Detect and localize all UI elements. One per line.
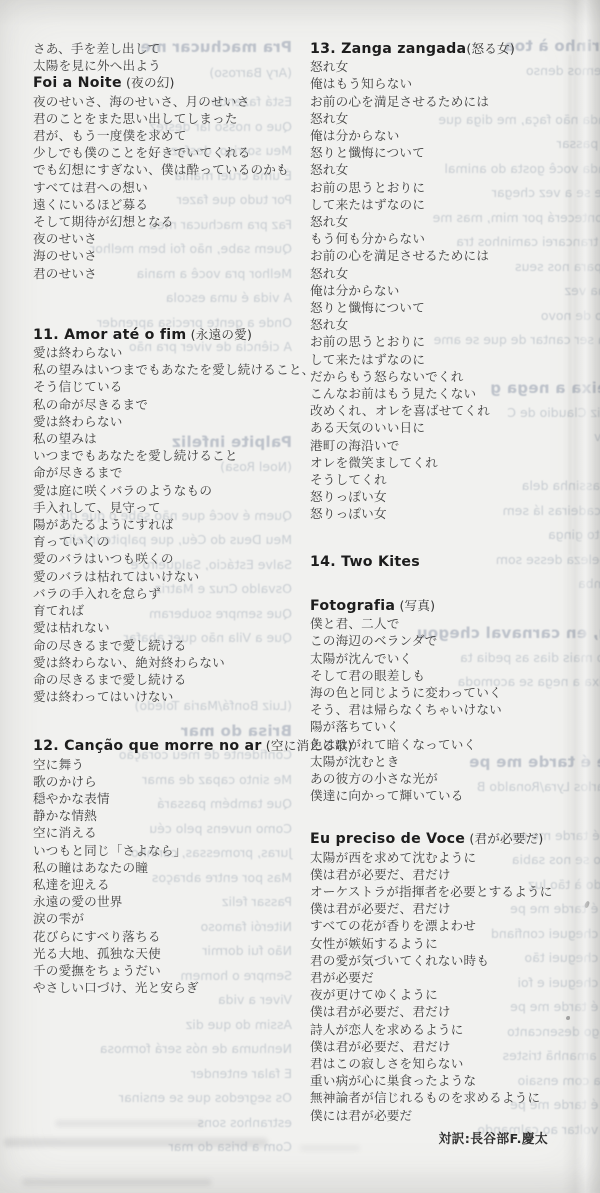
lyric-line: 私の瞳はあなたの瞳	[33, 859, 303, 876]
lyric-line: 私達を迎える	[33, 876, 303, 893]
lyric-line: すべての花が香りを漂よわせ	[310, 917, 595, 934]
lyric-line: 陽があたるようにすれば	[33, 516, 303, 533]
page-fold-line	[569, 55, 571, 555]
lyric-line: そう信じている	[33, 378, 303, 395]
lyric-line: 僕と君、二人で	[310, 615, 595, 632]
lyric-line: 静かな情熱	[33, 807, 303, 824]
lyric-line: 夜のせいさ	[33, 230, 303, 247]
lyrics-section: 12. Canção que morre no ar (空に消える歌)空に舞う歌…	[33, 737, 303, 996]
lyric-line: 俺は分からない	[310, 282, 595, 299]
lyric-line: 少しでも僕のことを好きでいてくれる	[33, 144, 303, 161]
song-title-line: 12. Canção que morre no ar (空に消える歌)	[33, 737, 303, 755]
lyric-line: 愛は枯れない	[33, 619, 303, 636]
song-title-latin: Foi a Noite	[33, 75, 122, 91]
lyric-line: 愛は終わらない、絶対終わらない	[33, 654, 303, 671]
lyric-line: 永遠の愛の世界	[33, 893, 303, 910]
booklet-page: Pra machucar me(Ary Barroso)Está fazendo…	[0, 0, 600, 1193]
lyric-line: だからもう怒らないでくれ	[310, 368, 595, 385]
lyric-line: 怒りと懺悔について	[310, 299, 595, 316]
lyric-line: 命の尽きるまで愛し続ける	[33, 637, 303, 654]
lyric-line: 愛は終わらない	[33, 344, 303, 361]
lyric-line: やさしい口づけ、光と安らぎ	[33, 979, 303, 996]
lyric-line: 太陽を見に外へ出よう	[33, 57, 303, 74]
lyric-line: 私の望みはいつまでもあなたを愛し続けること、	[33, 361, 303, 378]
lyric-line: もう何も分からない	[310, 230, 595, 247]
lyric-line: 怒りっぽい女	[310, 488, 595, 505]
lyric-line: 怒りと懺悔について	[310, 144, 595, 161]
lyric-line: 僕は君が必要だ、君だけ	[310, 900, 595, 917]
lyric-line: 怒れ女	[310, 110, 595, 127]
lyric-line: オーケストラが指揮者を必要とするように	[310, 883, 595, 900]
lyric-line: この海辺のベランダで	[310, 632, 595, 649]
lyric-line: 夜が更けてゆくように	[310, 986, 595, 1003]
lyric-line: して来たはずなのに	[310, 196, 595, 213]
lyric-line: 命の尽きるまで愛し続ける	[33, 671, 303, 688]
scan-smudge	[55, 1120, 205, 1127]
song-title-latin: 12. Canção que morre no ar	[33, 738, 262, 754]
lyrics-column-right: 13. Zanga zangada(怒る女)怒れ女俺はもう知らないお前の心を満足…	[310, 40, 595, 1124]
lyric-line: 愛は終わらない	[33, 413, 303, 430]
lyric-line: 太陽が沈むとき	[310, 753, 595, 770]
lyrics-section: 13. Zanga zangada(怒る女)怒れ女俺はもう知らないお前の心を満足…	[310, 40, 595, 523]
lyric-line: 夜のせいさ、海のせいさ、月のせいさ	[33, 93, 303, 110]
song-title-line: Fotografia (写真)	[310, 597, 595, 615]
lyric-line: バラの手入れを怠らず	[33, 585, 303, 602]
lyric-line: 俺は分からない	[310, 127, 595, 144]
lyric-line: 怒れ女	[310, 316, 595, 333]
lyric-line: ある天気のいい日に	[310, 419, 595, 436]
lyric-line: 僕には君が必要だ	[310, 1107, 595, 1124]
lyric-line: そして君の眼差しも	[310, 667, 595, 684]
lyric-line: 海のせいさ	[33, 247, 303, 264]
lyrics-section: さあ、手を差し出して太陽を見に外へ出ようFoi a Noite (夜の幻)夜のせ…	[33, 40, 303, 282]
lyric-line: 空に舞う	[33, 756, 303, 773]
lyrics-section: Eu preciso de Voce (君が必要だ)太陽が西を求めて沈むように僕…	[310, 830, 595, 1123]
lyric-line: 愛は庭に咲くバラのようなもの	[33, 482, 303, 499]
song-title-line: 13. Zanga zangada(怒る女)	[310, 40, 595, 58]
lyric-line: さあ、手を差し出して	[33, 40, 303, 57]
lyric-line: そう、君は帰らなくちゃいけない	[310, 701, 595, 718]
lyric-line: 陽が落ちていく	[310, 718, 595, 735]
lyric-line: すべては君への想い	[33, 179, 303, 196]
lyric-line: 愛は終わってはいけない	[33, 688, 303, 705]
lyric-line: いつもと同じ「さよなら」	[33, 842, 303, 859]
song-title-latin: 14. Two Kites	[310, 554, 420, 570]
song-title-japanese: (怒る女)	[466, 41, 515, 56]
lyric-line: して来たはずなのに	[310, 351, 595, 368]
song-title-line: 14. Two Kites	[310, 553, 595, 571]
lyric-line: 命が尽きるまで	[33, 464, 303, 481]
lyric-line: 俺はもう知らない	[310, 75, 595, 92]
lyric-line: 花びらにすべり落ちる	[33, 928, 303, 945]
song-title-latin: 13. Zanga zangada	[310, 41, 466, 57]
lyric-line: 君の愛が気づいてくれない時も	[310, 952, 595, 969]
lyric-line: 重い病が心に巣食ったような	[310, 1072, 595, 1089]
lyric-line: 君のことをまた思い出してしまった	[33, 110, 303, 127]
lyric-line: お前の心を満足させるためには	[310, 93, 595, 110]
song-title-japanese: (写真)	[395, 598, 435, 613]
lyric-line: オレを微笑ましてくれ	[310, 454, 595, 471]
lyric-line: 怒りっぽい女	[310, 505, 595, 522]
lyric-line: 僕は君が必要だ、君だけ	[310, 1038, 595, 1055]
scan-smudge	[4, 1138, 268, 1147]
song-title-latin: Eu preciso de Voce	[310, 831, 465, 847]
lyric-line: 穏やかな表情	[33, 790, 303, 807]
lyric-line: 怒れ女	[310, 265, 595, 282]
lyric-line: 手入れして、見守って	[33, 499, 303, 516]
song-title-line: Foi a Noite (夜の幻)	[33, 74, 303, 92]
lyric-line: 海の色と同じように変わっていく	[310, 684, 595, 701]
lyric-line: 怒れ女	[310, 58, 595, 75]
song-title-japanese: (永遠の愛)	[186, 327, 252, 342]
lyric-line: そして期待が幻想となる	[33, 213, 303, 230]
lyric-line: 君が、もう一度僕を求めて	[33, 127, 303, 144]
lyric-line: 太陽が沈んでいく	[310, 650, 595, 667]
scan-smudge	[300, 1145, 360, 1151]
lyrics-section: 14. Two Kites	[310, 553, 595, 571]
lyric-line: 君はこの寂しさを知らない	[310, 1055, 595, 1072]
lyric-line: 育っていくの	[33, 533, 303, 550]
lyric-line: 遠くにいるほど募る	[33, 196, 303, 213]
lyric-line: 愛のバラはいつも咲くの	[33, 550, 303, 567]
translation-credit: 対訳:長谷部F.慶太	[439, 1128, 548, 1147]
scan-speck	[566, 1016, 570, 1020]
lyric-line: 女性が嫉妬するように	[310, 935, 595, 952]
lyrics-section: Fotografia (写真)僕と君、二人でこの海辺のベランダで太陽が沈んでいく…	[310, 597, 595, 804]
lyric-line: お前の心を満足させるためには	[310, 247, 595, 264]
lyric-line: こんなお前はもう見たくない	[310, 385, 595, 402]
lyric-line: 太陽が西を求めて沈むように	[310, 849, 595, 866]
song-title-latin: Fotografia	[310, 598, 395, 614]
song-title-japanese: (夜の幻)	[122, 75, 175, 90]
lyric-line: 育てれば	[33, 602, 303, 619]
page-edge-shadow	[0, 0, 600, 26]
lyric-line: 愛のバラは枯れてはいけない	[33, 568, 303, 585]
lyric-line: 私の命が尽きるまで	[33, 396, 303, 413]
lyric-line: 涙の雫が	[33, 910, 303, 927]
lyric-line: 色ははがれて暗くなっていく	[310, 736, 595, 753]
lyric-line: 私の望みは	[33, 430, 303, 447]
lyric-line: 僕は君が必要だ、君だけ	[310, 1003, 595, 1020]
lyric-line: 改めくれ、オレを喜ばせてくれ	[310, 402, 595, 419]
lyric-line: 怒れ女	[310, 213, 595, 230]
lyrics-section: 11. Amor até o fim (永遠の愛)愛は終わらない私の望みはいつま…	[33, 326, 303, 705]
lyric-line: あの彼方の小さな光が	[310, 770, 595, 787]
lyric-line: 歌のかけら	[33, 773, 303, 790]
lyric-line: 僕達に向かって輝いている	[310, 787, 595, 804]
lyric-line: でも幻想にすぎない、僕は酔っているのかも	[33, 161, 303, 178]
lyric-line: 怒れ女	[310, 161, 595, 178]
scan-smudge	[22, 1178, 212, 1186]
lyric-line: そうしてくれ	[310, 471, 595, 488]
song-title-line: Eu preciso de Voce (君が必要だ)	[310, 830, 595, 848]
lyric-line: お前の思うとおりに	[310, 333, 595, 350]
lyric-line: 光る大地、孤独な天使	[33, 945, 303, 962]
lyric-line: 空に消える	[33, 824, 303, 841]
song-title-japanese: (君が必要だ)	[465, 831, 543, 846]
lyrics-column-left: さあ、手を差し出して太陽を見に外へ出ようFoi a Noite (夜の幻)夜のせ…	[33, 40, 303, 996]
lyric-line: いつまでもあなたを愛し続けること	[33, 447, 303, 464]
lyric-line: お前の思うとおりに	[310, 179, 595, 196]
lyric-line: 僕は君が必要だ、君だけ	[310, 866, 595, 883]
lyric-line: 港町の海沿いで	[310, 437, 595, 454]
lyric-line: 詩人が恋人を求めるように	[310, 1021, 595, 1038]
song-title-latin: 11. Amor até o fim	[33, 327, 186, 343]
song-title-line: 11. Amor até o fim (永遠の愛)	[33, 326, 303, 344]
lyric-line: 千の愛撫をちょうだい	[33, 962, 303, 979]
lyric-line: 君のせいさ	[33, 265, 303, 282]
lyric-line: 君が必要だ	[310, 969, 595, 986]
lyric-line: 無神論者が信じれるものを求めるように	[310, 1089, 595, 1106]
